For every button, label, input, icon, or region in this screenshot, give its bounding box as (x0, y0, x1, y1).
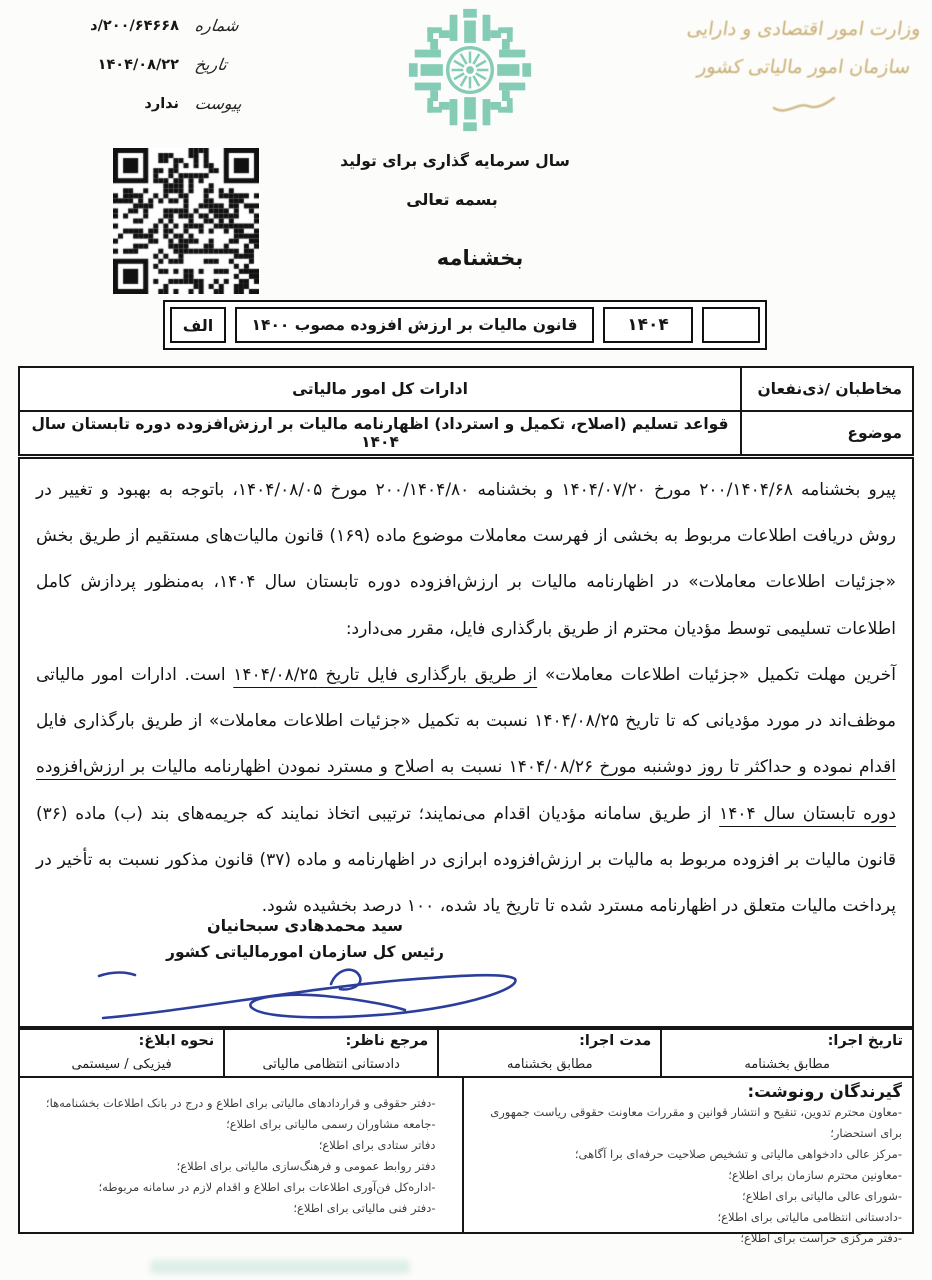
list-item: -جامعه مشاوران رسمی مالیاتی برای اطلاع؛ (28, 1114, 436, 1135)
copy-recipients-left-column: -دفتر حقوقی و قراردادهای مالیاتی برای اط… (20, 1078, 462, 1232)
letter-number-value: ۲۰۰/۶۴۶۶۸/د (90, 18, 179, 34)
list-item: -دفتر فنی مالیاتی برای اطلاع؛ (28, 1198, 436, 1219)
list-item: -شورای عالی مالیاتی برای اطلاع؛ (470, 1186, 902, 1207)
execution-date-label: تاریخ اجرا: (662, 1030, 912, 1049)
organization-name: سازمان امور مالیاتی کشور (683, 48, 922, 86)
signature-block: سید محمدهادی سبحانیان رئیس کل سازمان امو… (105, 916, 505, 961)
classification-year-box: ۱۴۰۴ (603, 307, 693, 343)
body-paragraph-1: پیرو بخشنامه ۲۰۰/۱۴۰۴/۶۸ مورخ ۱۴۰۴/۰۷/۲۰… (36, 467, 896, 652)
execution-date-value: مطابق بخشنامه (662, 1057, 912, 1076)
document-title: بخشنامه (14, 246, 932, 270)
letter-number-label: شماره (194, 16, 251, 35)
copy-recipients-section: گیرندگان رونوشت: -معاون محترم تدوین، تنق… (18, 1076, 914, 1234)
letter-meta-block: شماره ۲۰۰/۶۴۶۶۸/د تاریخ ۱۴۰۴/۰۸/۲۲ پیوست… (14, 16, 249, 133)
ministry-name: وزارت امور اقتصادی و دارایی (683, 10, 922, 48)
addressee-subject-table: مخاطبان /ذی‌نفعان ادارات کل امور مالیاتی… (18, 366, 914, 456)
list-item: -اداره‌کل فن‌آوری اطلاعات برای اطلاع و ا… (28, 1177, 436, 1198)
supervisory-authority-label: مرجع ناظر: (225, 1030, 437, 1049)
notification-method-cell: نحوه ابلاغ: فیزیکی / سیستمی (20, 1030, 225, 1076)
classification-law-box: قانون مالیات بر ارزش افزوده مصوب ۱۴۰۰ (235, 307, 594, 343)
list-item: دفاتر ستادی برای اطلاع؛ (28, 1135, 436, 1156)
supervisory-authority-cell: مرجع ناظر: دادستانی انتظامی مالیاتی (225, 1030, 439, 1076)
list-item: دفتر روابط عمومی و فرهنگ‌سازی مالیاتی بر… (28, 1156, 436, 1177)
year-slogan: سال سرمایه گذاری برای تولید (0, 152, 921, 170)
execution-duration-value: مطابق بخشنامه (439, 1057, 660, 1076)
execution-duration-label: مدت اجرا: (439, 1030, 660, 1049)
letter-date-row: تاریخ ۱۴۰۴/۰۸/۲۲ (14, 55, 249, 74)
table-row: مخاطبان /ذی‌نفعان ادارات کل امور مالیاتی (20, 368, 912, 410)
letter-attachment-label: پیوست (194, 94, 251, 113)
letter-number-row: شماره ۲۰۰/۶۴۶۶۸/د (14, 16, 249, 35)
addressee-value: ادارات کل امور مالیاتی (20, 368, 740, 410)
body-run-underlined: از طریق بارگذاری فایل تاریخ ۱۴۰۴/۰۸/۲۵ (233, 665, 537, 685)
list-item: -دفتر مرکزی حراست برای اطلاع؛ (470, 1228, 902, 1249)
tax-administration-logo-icon (400, 6, 540, 134)
classification-empty-box (702, 307, 760, 343)
copy-recipients-right-column: گیرندگان رونوشت: -معاون محترم تدوین، تنق… (462, 1078, 912, 1232)
classification-class-box: الف (170, 307, 226, 343)
execution-duration-cell: مدت اجرا: مطابق بخشنامه (439, 1030, 662, 1076)
body-paragraph-2: آخرین مهلت تکمیل «جزئیات اطلاعات معاملات… (36, 652, 896, 929)
letter-attachment-row: پیوست ندارد (14, 94, 249, 113)
letter-date-value: ۱۴۰۴/۰۸/۲۲ (98, 57, 179, 73)
list-item: -دفتر حقوقی و قراردادهای مالیاتی برای اط… (28, 1093, 436, 1114)
scan-artifact-smudge (150, 1260, 410, 1274)
execution-info-table: تاریخ اجرا: مطابق بخشنامه مدت اجرا: مطاب… (18, 1028, 914, 1078)
letter-attachment-value: ندارد (144, 96, 179, 112)
execution-date-cell: تاریخ اجرا: مطابق بخشنامه (662, 1030, 912, 1076)
body-run: آخرین مهلت تکمیل «جزئیات اطلاعات معاملات… (537, 665, 896, 685)
notification-method-label: نحوه ابلاغ: (20, 1030, 223, 1049)
list-item: -دادستانی انتظامی مالیاتی برای اطلاع؛ (470, 1207, 902, 1228)
letter-date-label: تاریخ (194, 55, 251, 74)
subject-value: قواعد تسلیم (اصلاح، تکمیل و استرداد) اظه… (20, 412, 740, 454)
addressee-label: مخاطبان /ذی‌نفعان (740, 368, 912, 410)
supervisory-authority-value: دادستانی انتظامی مالیاتی (225, 1057, 437, 1076)
circular-document-page: شماره ۲۰۰/۶۴۶۶۸/د تاریخ ۱۴۰۴/۰۸/۲۲ پیوست… (0, 0, 932, 1280)
bismillah: بسمه تعالی (0, 190, 918, 209)
signer-title: رئیس کل سازمان امورمالیاتی کشور (105, 943, 505, 961)
subject-label: موضوع (740, 412, 912, 454)
letterhead-calligraphy: وزارت امور اقتصادی و دارایی سازمان امور … (685, 10, 920, 122)
list-item: -معاونین محترم سازمان برای اطلاع؛ (470, 1165, 902, 1186)
table-row: موضوع قواعد تسلیم (اصلاح، تکمیل و استردا… (20, 410, 912, 454)
list-item: -مرکز عالی دادخواهی مالیاتی و تشخیص صلاح… (470, 1144, 902, 1165)
copy-recipients-header: گیرندگان رونوشت: (470, 1082, 902, 1101)
classification-row: الف قانون مالیات بر ارزش افزوده مصوب ۱۴۰… (163, 300, 767, 350)
signer-name: سید محمدهادی سبحانیان (105, 916, 505, 935)
notification-method-value: فیزیکی / سیستمی (20, 1057, 223, 1076)
list-item: -معاون محترم تدوین، تنقیح و انتشار قوانی… (470, 1102, 902, 1144)
calligraphy-flourish-icon (768, 92, 838, 118)
